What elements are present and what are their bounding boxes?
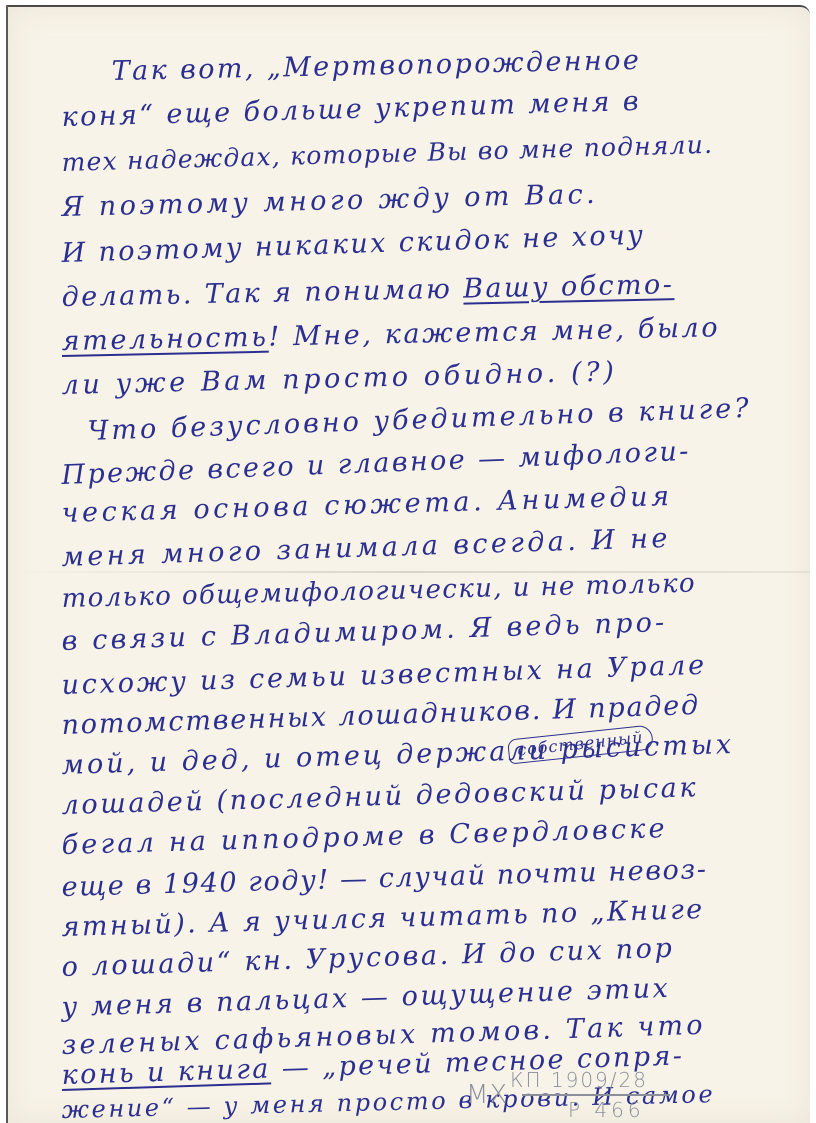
underlined-phrase-1: Вашу обсто- — [463, 269, 675, 304]
archive-stamp-inventory: КП 1909/28 — [510, 1068, 648, 1092]
archive-stamp-number: Р 466 — [568, 1098, 645, 1122]
archive-stamp-prefix: МХ — [466, 1080, 508, 1110]
underlined-phrase-3: конь и книга — [61, 1053, 271, 1091]
underlined-phrase-2: ятельность — [61, 322, 268, 357]
archive-stamp-divider — [522, 1094, 670, 1096]
